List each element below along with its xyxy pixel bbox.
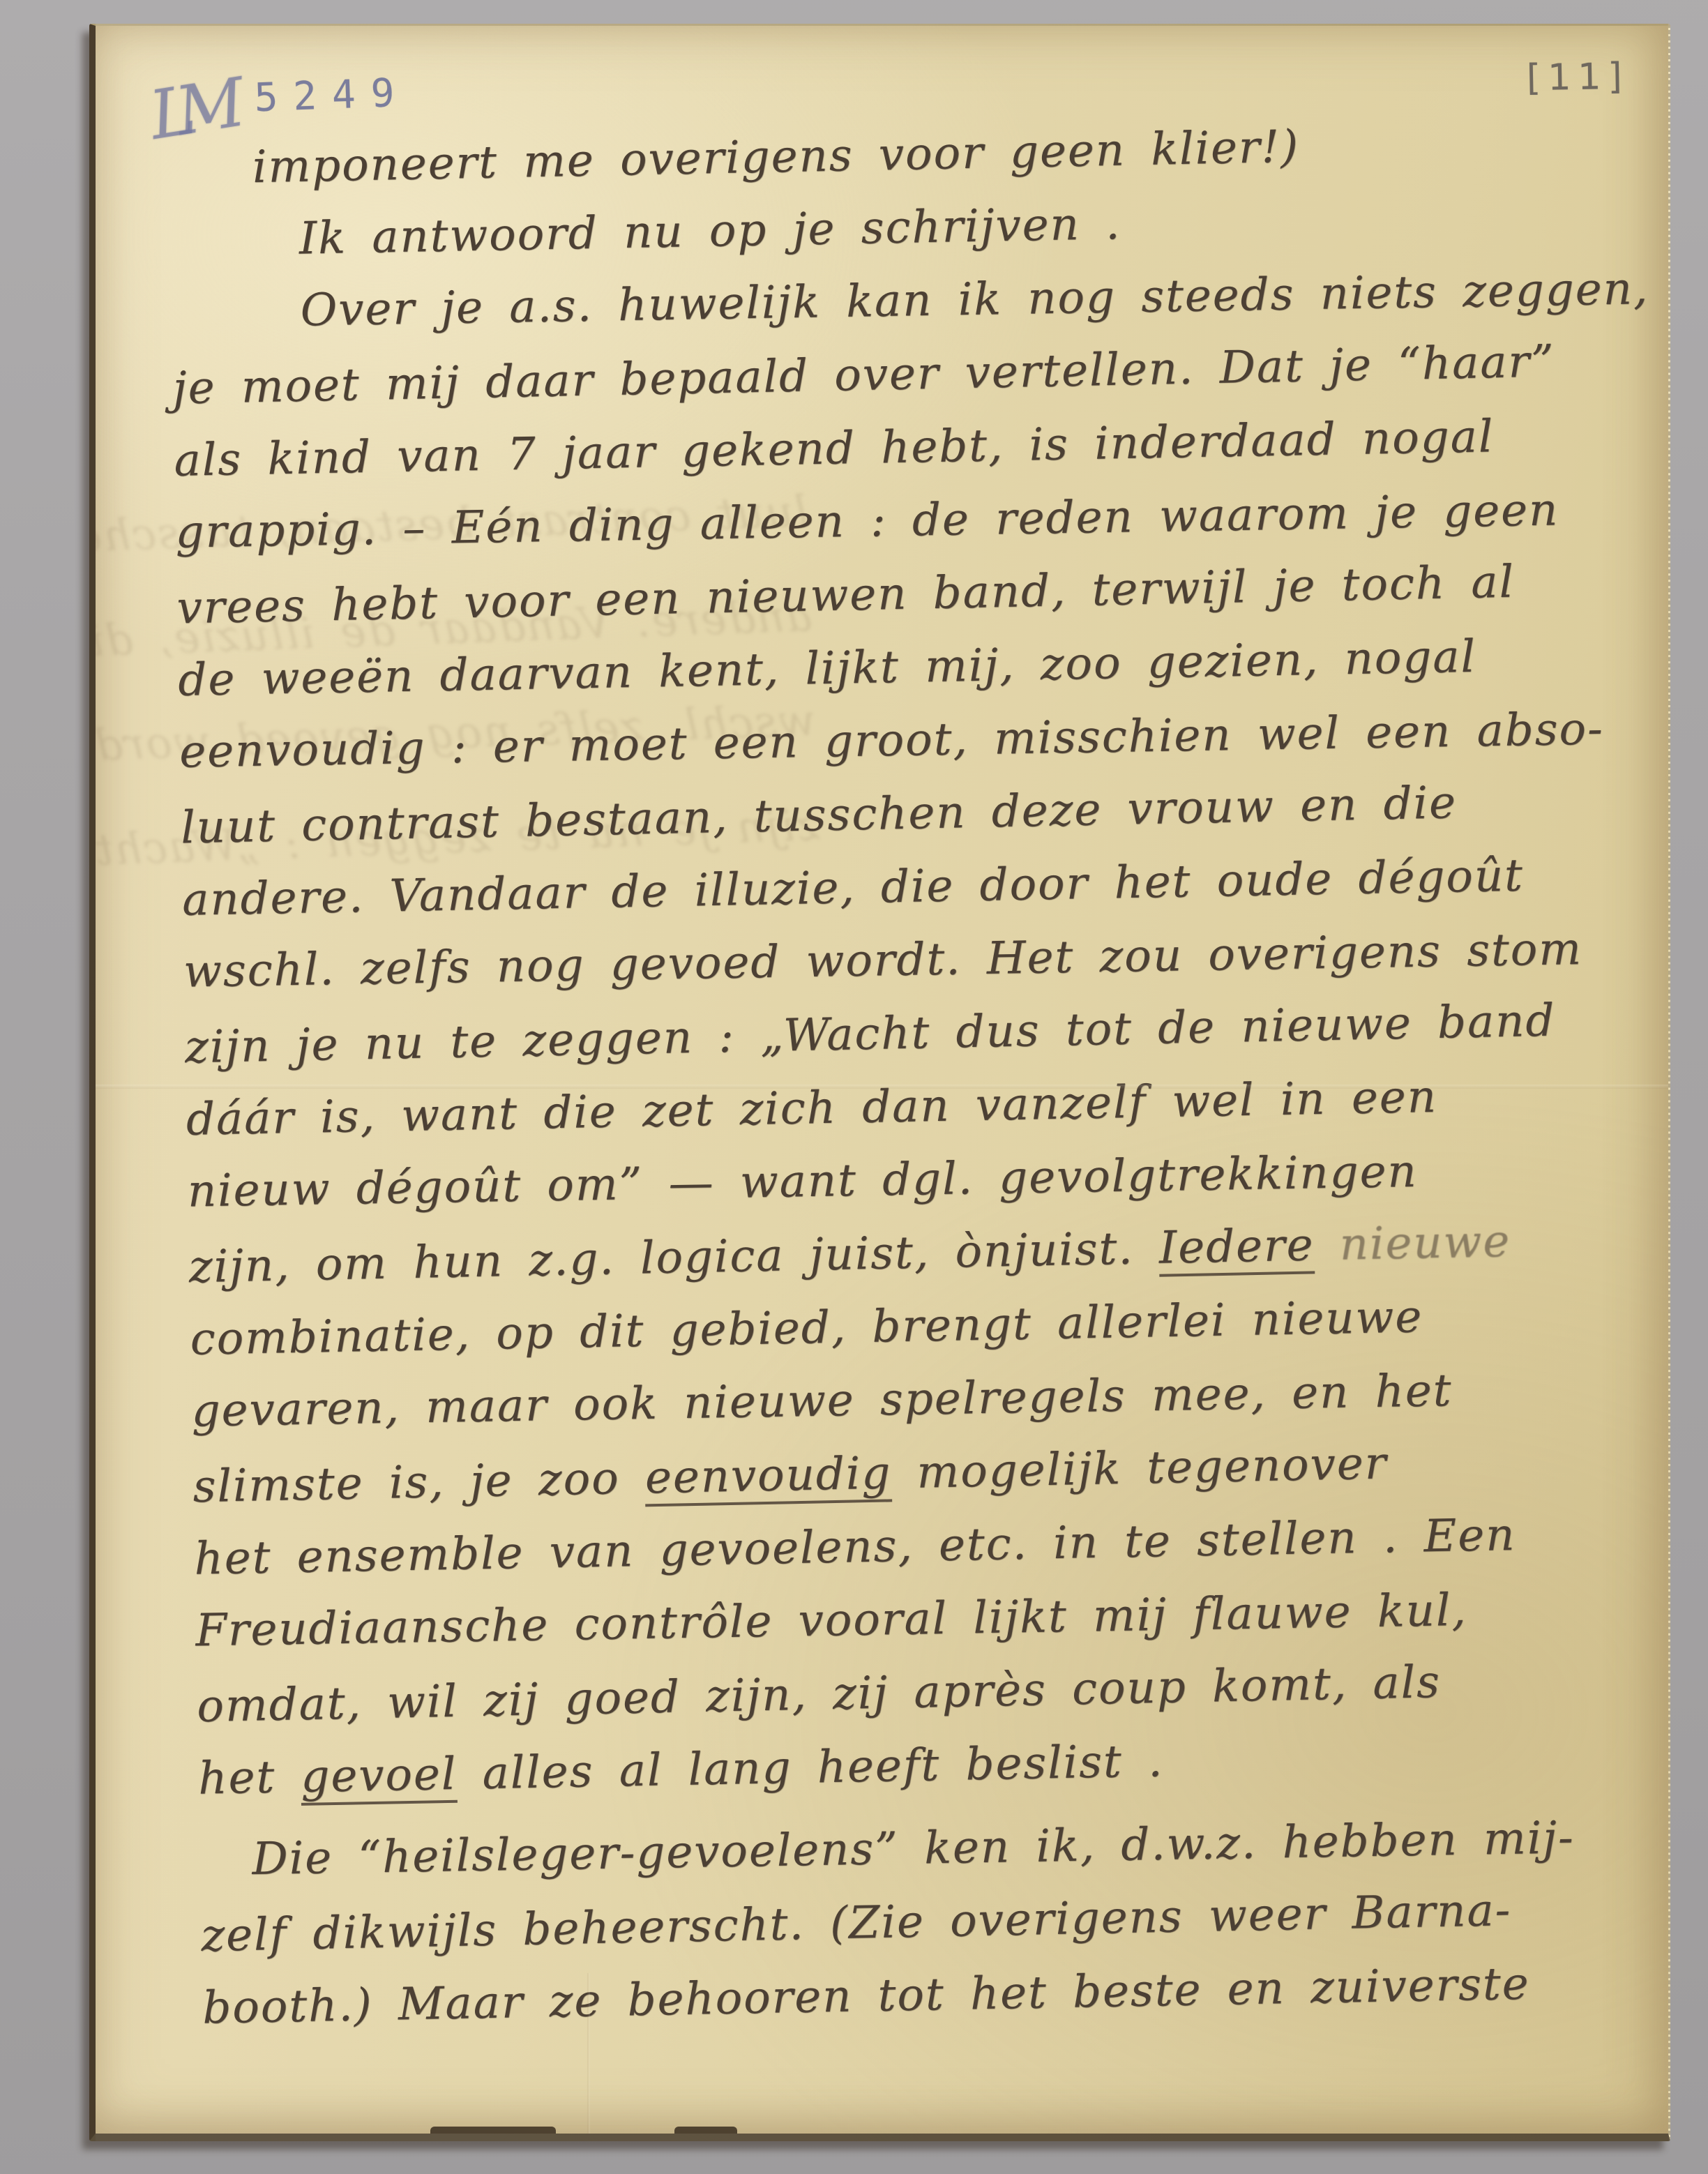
letter-text-block: imponeert me overigens voor geen klier!)… <box>168 105 1670 2046</box>
letter-text-segment: wschl. zelfs nog gevoed wordt. Het zou o… <box>183 923 1582 998</box>
archive-stamp-number: 5249 <box>254 70 411 121</box>
letter-text-segment: vrees hebt voor een nieuwen band, terwij… <box>176 557 1516 635</box>
paper-fold-crease <box>96 1085 1668 1089</box>
letter-page: LM5249 [11] luut contrast bestaan, tussc… <box>89 24 1670 2141</box>
letter-text-segment: Die “heilsleger-gevoelens” ken ik, d.w.z… <box>252 1812 1575 1885</box>
letter-text-segment: andere. Vandaar de illuzie, die door het… <box>182 850 1525 926</box>
letter-text-segment: eenvoudig : er moet een groot, misschien… <box>179 703 1604 778</box>
letter-text-segment: alles al lang heeft beslist . <box>457 1735 1164 1800</box>
paper-fold-crease-vertical <box>587 1973 590 2134</box>
letter-text-segment: als kind van 7 jaar gekend hebt, is inde… <box>174 411 1495 487</box>
letter-text-segment: zelf dikwijls beheerscht. (Zie overigens… <box>201 1885 1512 1962</box>
letter-text-segment: mogelijk tegenover <box>891 1437 1387 1499</box>
letter-text-segment: booth.) Maar ze behooren tot het beste e… <box>202 1958 1531 2035</box>
scan-surface: LM5249 [11] luut contrast bestaan, tussc… <box>0 0 1708 2174</box>
letter-text-segment: gevaren, maar ook nieuwe spelregels mee,… <box>191 1365 1453 1437</box>
letter-text-segment: luut contrast bestaan, tusschen deze vro… <box>181 777 1458 854</box>
letter-text-segment: imponeert me overigens voor geen klier!) <box>252 121 1300 194</box>
letter-text-segment: Freudiaansche contrôle vooral lijkt mij … <box>195 1585 1467 1657</box>
letter-text-segment: de weeën daarvan kent, lijkt mij, zoo ge… <box>178 631 1477 707</box>
letter-text-segment <box>1314 1219 1340 1271</box>
letter-text-segment: het ensemble van gevoelens, etc. in te s… <box>194 1509 1516 1585</box>
letter-text-segment: Ik antwoord nu op je schrijven . <box>298 198 1121 265</box>
letter-text-segment: nieuw dégoût om” — want dgl. gevolgtrekk… <box>187 1146 1418 1218</box>
underlined-word: eenvoudig <box>644 1447 892 1507</box>
underlined-word: Iedere <box>1158 1219 1315 1276</box>
letter-text-segment: zijn, om hun z.g. logica juist, ònjuist. <box>188 1223 1160 1293</box>
underlined-word: gevoel <box>301 1749 458 1806</box>
letter-text-segment: dáár is, want die zet zich dan vanzelf w… <box>186 1071 1437 1146</box>
letter-text-segment: combinatie, op dit gebied, brengt allerl… <box>190 1291 1423 1365</box>
letter-text-segment: nieuwe <box>1339 1216 1511 1271</box>
letter-text-segment: omdat, wil zij goed zijn, zij après coup… <box>197 1656 1442 1733</box>
paper-edge-tear <box>674 2127 737 2135</box>
page-number-annotation: [11] <box>1526 56 1629 100</box>
paper-edge-tear <box>430 2127 556 2135</box>
letter-text-segment: grappig. – Eén ding alleen : de reden wa… <box>175 484 1559 558</box>
letter-text-segment: slimste is, je zoo <box>192 1452 646 1513</box>
letter-text-segment: Over je a.s. huwelijk kan ik nog steeds … <box>300 263 1649 336</box>
letter-text-segment: het <box>198 1751 301 1805</box>
